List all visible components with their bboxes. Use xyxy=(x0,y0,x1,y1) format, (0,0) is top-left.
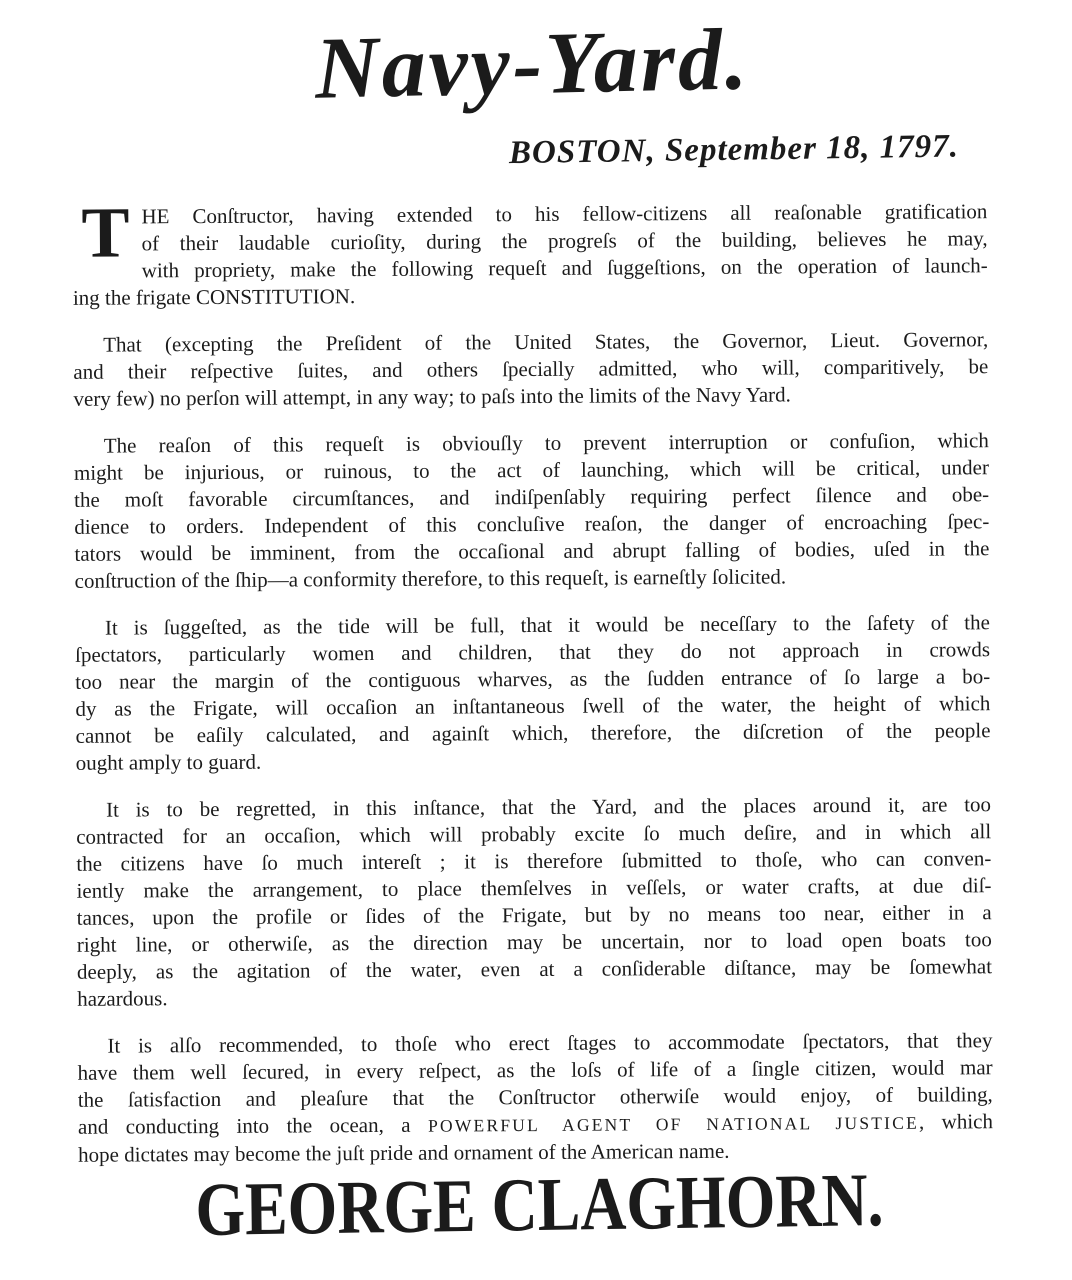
paragraph: It is to be regretted, in this inſtance,… xyxy=(76,791,992,1013)
text-segment: and conducting into the ocean, a xyxy=(78,1113,428,1139)
document-title: Navy-Yard. xyxy=(0,2,1069,126)
dateline: BOSTON, September 18, 1797. xyxy=(509,128,959,172)
paragraph: THE Conſtructor, having extended to his … xyxy=(72,198,988,312)
paragraph: It is alſo recommended, to thoſe who ere… xyxy=(77,1027,993,1169)
text-line: cannot be eaſily calculated, and againſt… xyxy=(75,717,990,750)
signature: GEORGE CLAGHORN. xyxy=(89,1156,990,1256)
text-line: and their reſpective ſuites, and others … xyxy=(73,353,988,386)
document-scan: Navy-Yard. BOSTON, September 18, 1797. T… xyxy=(0,0,1072,1280)
paragraph: It is ſuggeſted, as the tide will be ful… xyxy=(75,609,991,777)
drop-cap: T xyxy=(78,206,132,260)
text-line: conſtruction of the ſhip—a conformity th… xyxy=(75,562,990,595)
text-line: deeply, as the agitation of the water, e… xyxy=(77,953,992,986)
text-line: ought amply to guard. xyxy=(76,744,991,777)
text-line: very few) no perſon will attempt, in any… xyxy=(73,380,988,413)
text-line: hazardous. xyxy=(77,980,992,1013)
text-segment: , which xyxy=(919,1109,993,1133)
paragraph: The reaſon of this requeſt is obviouſly … xyxy=(74,427,990,595)
text-line: tators would be imminent, from the occaſ… xyxy=(74,535,989,568)
emphasis-phrase: POWERFUL AGENT OF NATIONAL JUSTICE xyxy=(428,1113,919,1136)
paragraph: That (excepting the Preſident of the Uni… xyxy=(73,326,988,413)
text-line: with propriety, make the following reque… xyxy=(73,252,988,285)
text-line: ing the frigate CONSTITUTION. xyxy=(73,279,988,312)
text-line: and conducting into the ocean, a POWERFU… xyxy=(78,1108,993,1142)
document-page: Navy-Yard. BOSTON, September 18, 1797. T… xyxy=(0,0,1072,1280)
document-body: THE Conſtructor, having extended to his … xyxy=(72,198,993,1189)
